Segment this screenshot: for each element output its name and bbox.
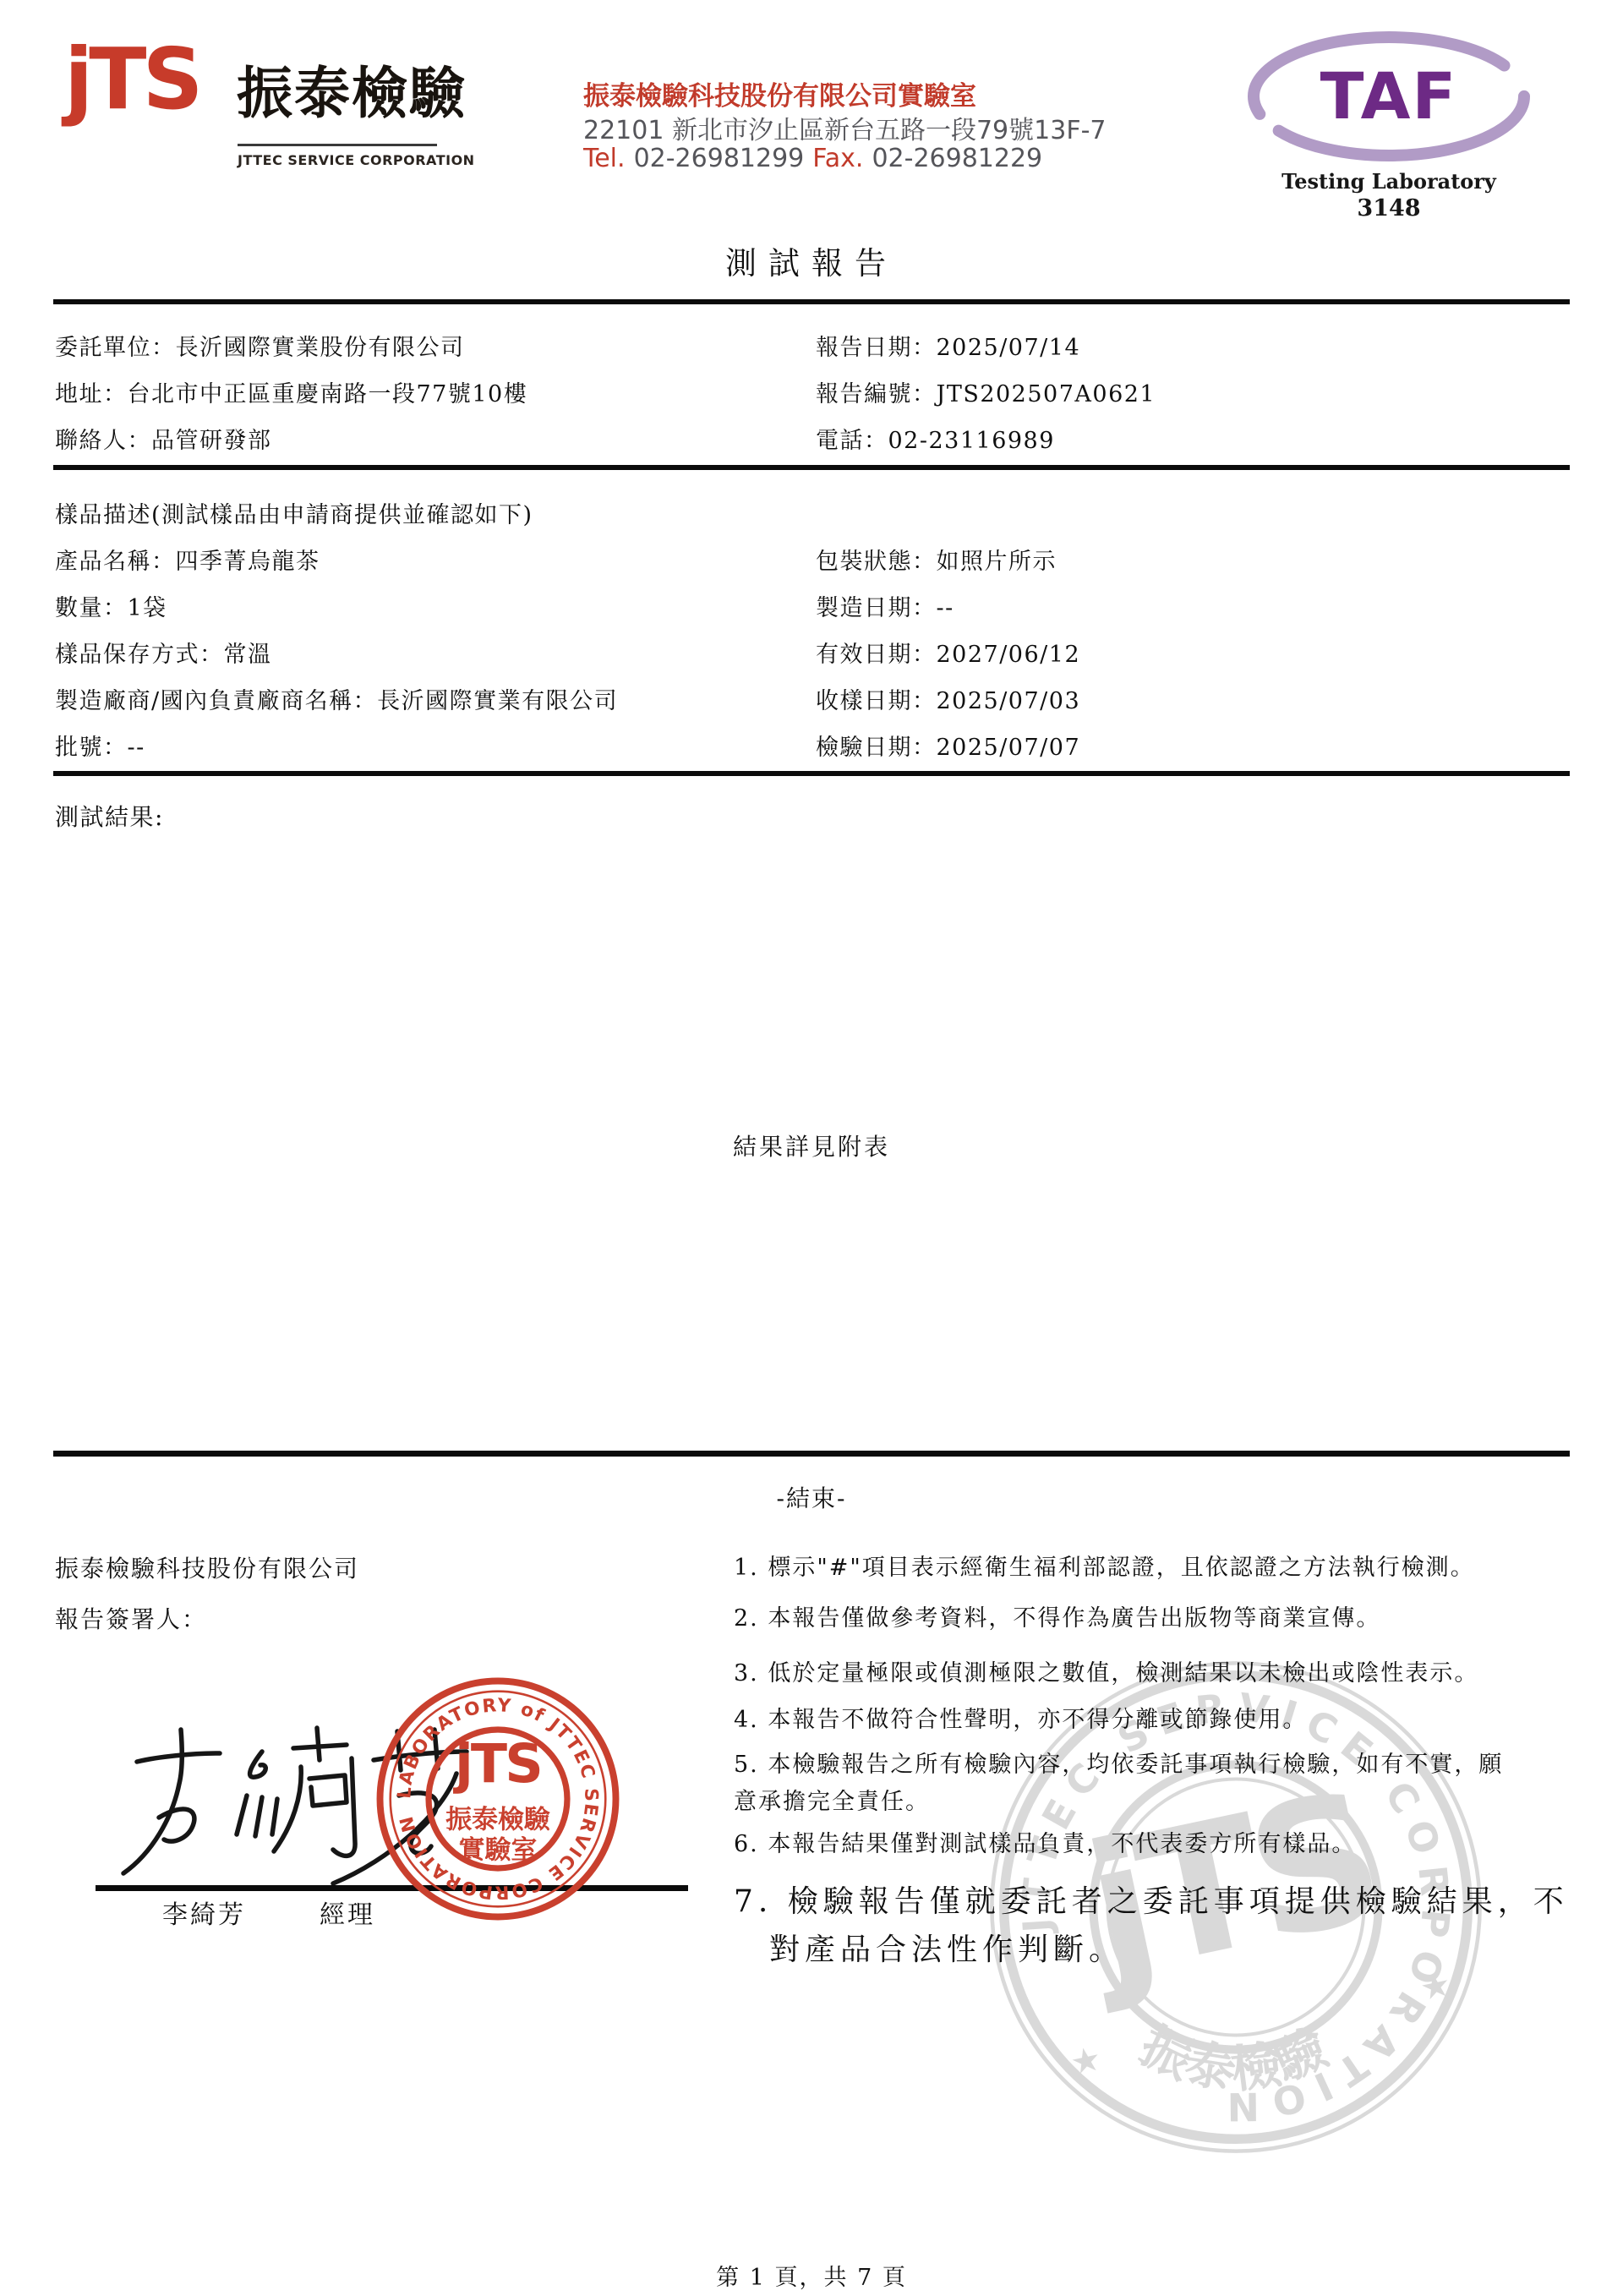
manufacture-date-row: 製造日期：-- <box>816 589 954 622</box>
test-date-row: 檢驗日期：2025/07/07 <box>816 729 1080 762</box>
packaging-row: 包裝狀態：如照片所示 <box>816 543 1057 576</box>
results-see-attachment: 結果詳見附表 <box>0 1129 1623 1162</box>
signature-line <box>96 1885 688 1891</box>
client-contact-row: 聯絡人：品管研發部 <box>55 422 272 455</box>
lab-contact: Tel.02-26981299Fax.02-26981229 <box>583 144 1051 173</box>
client-name-row: 委託單位：長沂國際實業股份有限公司 <box>55 329 465 362</box>
brand-name-chinese: 振泰檢驗 <box>237 66 467 122</box>
lab-name: 振泰檢驗科技股份有限公司實驗室 <box>583 74 976 112</box>
page-title: 測試報告 <box>0 238 1623 283</box>
signature-handwriting-icon <box>112 1718 509 1895</box>
signer-name: 李綺芳 <box>162 1894 246 1931</box>
manufacturer-row: 製造廠商/國內負責廠商名稱：長沂國際實業有限公司 <box>55 682 618 715</box>
client-address-row: 地址：台北市中正區重慶南路一段77號10樓 <box>55 375 527 408</box>
lab-address: 22101 新北市汐止區新台五路一段79號13F-7 <box>583 109 1107 146</box>
brand-underline <box>238 144 437 146</box>
receive-date-row: 收樣日期：2025/07/03 <box>816 682 1080 715</box>
brand-name-english: JTTEC SERVICE CORPORATION <box>238 152 475 168</box>
note-7: 7. 檢驗報告僅就委託者之委託事項提供檢驗結果，不對產品合法性作判斷。 <box>734 1878 1598 1975</box>
divider-footer <box>53 1451 1570 1457</box>
taf-accreditation-icon: TAF <box>1224 29 1554 168</box>
test-results-label: 測試結果: <box>55 799 164 833</box>
report-date-row: 報告日期：2025/07/14 <box>816 329 1080 362</box>
divider-sample <box>53 771 1570 776</box>
quantity-row: 數量：1袋 <box>55 589 167 622</box>
expiry-date-row: 有效日期：2027/06/12 <box>816 636 1080 669</box>
taf-number: 3148 <box>1224 195 1554 221</box>
end-marker: -結束- <box>0 1480 1623 1514</box>
divider-client <box>53 465 1570 470</box>
storage-row: 樣品保存方式：常溫 <box>55 636 272 669</box>
note-1: 1. 標示"#"項目表示經衛生福利部認證，且依認證之方法執行檢測。 <box>734 1550 1527 1587</box>
tel-number: 02-26981299 <box>634 144 805 173</box>
sample-description-heading: 樣品描述(測試樣品由申請商提供並確認如下) <box>55 496 533 529</box>
report-signer-label: 報告簽署人： <box>55 1601 207 1635</box>
page-number: 第 1 頁，共 7 頁 <box>0 2259 1623 2292</box>
product-name-row: 產品名稱：四季菁烏龍茶 <box>55 543 320 576</box>
taf-letters: TAF <box>1320 58 1458 134</box>
taf-label: Testing Laboratory <box>1224 169 1554 194</box>
tel-label: Tel. <box>583 144 626 173</box>
note-4: 4. 本報告不做符合性聲明，亦不得分離或節錄使用。 <box>734 1702 1527 1739</box>
note-6: 6. 本報告結果僅對測試樣品負責，不代表委方所有樣品。 <box>734 1826 1527 1863</box>
note-2: 2. 本報告僅做參考資料，不得作為廣告出版物等商業宣傳。 <box>734 1600 1527 1637</box>
report-number-row: 報告編號：JTS202507A0621 <box>816 375 1156 408</box>
fax-label: Fax. <box>812 144 863 173</box>
test-report-page: jTS 振泰檢驗 JTTEC SERVICE CORPORATION 振泰檢驗科… <box>0 0 1623 2296</box>
issuer-company-name: 振泰檢驗科技股份有限公司 <box>55 1550 359 1584</box>
note-5: 5. 本檢驗報告之所有檢驗內容，均依委託事項執行檢驗，如有不實，願意承擔完全責任… <box>734 1747 1527 1820</box>
batch-number-row: 批號：-- <box>55 729 145 762</box>
note-3: 3. 低於定量極限或偵測極限之數值，檢測結果以未檢出或陰性表示。 <box>734 1655 1527 1692</box>
fax-number: 02-26981229 <box>872 144 1042 173</box>
divider-top <box>53 299 1570 304</box>
signer-title: 經理 <box>320 1894 375 1931</box>
jts-logo-icon: jTS <box>64 37 199 122</box>
client-phone-row: 電話：02-23116989 <box>816 422 1055 455</box>
